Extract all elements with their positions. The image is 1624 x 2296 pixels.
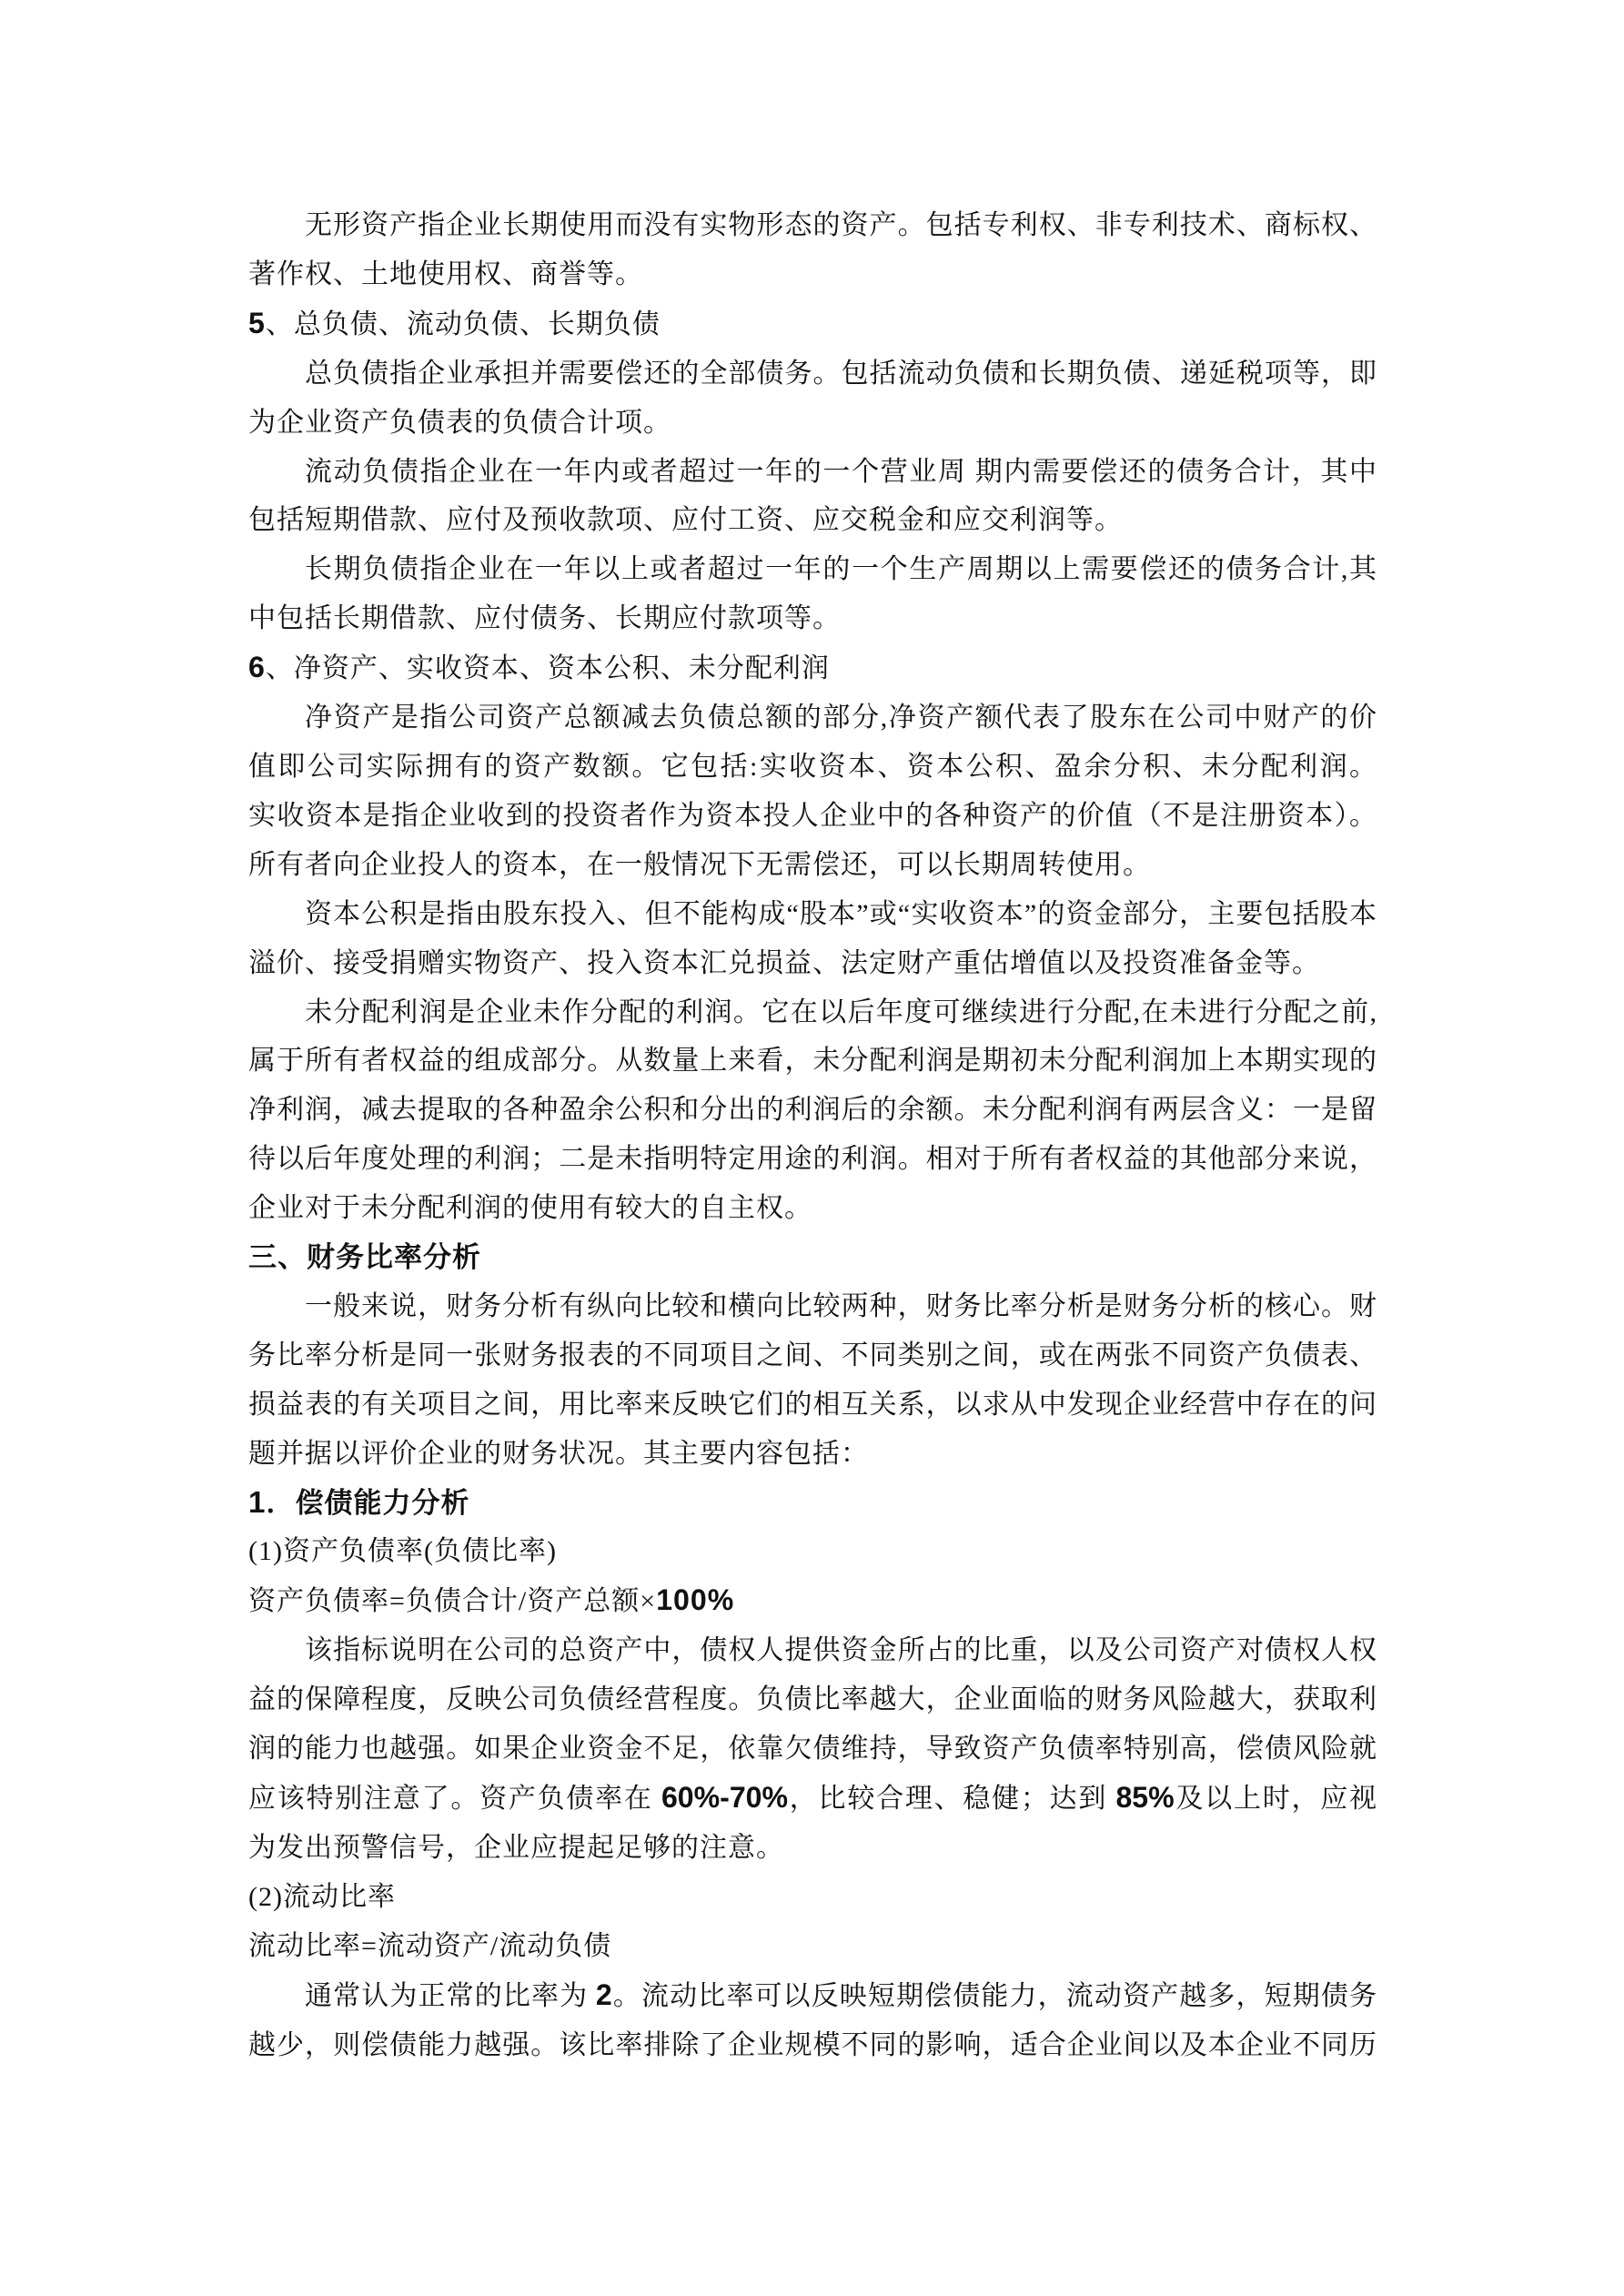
paragraph-line: 溢价、接受捐赠实物资产、投入资本汇兑损益、法定财产重估增值以及投资准备金等。 bbox=[248, 939, 1377, 988]
paragraph-line: 润的能力也越强。如果企业资金不足，依靠欠债维持，导致资产负债率特别高，偿债风险就 bbox=[248, 1725, 1377, 1774]
latin-number: 100% bbox=[656, 1583, 734, 1616]
document-page: 无形资产指企业长期使用而没有实物形态的资产。包括专利权、非专利技术、商标权、著作… bbox=[248, 201, 1377, 2069]
section-heading: 三、财务比率分析 bbox=[248, 1233, 1377, 1282]
paragraph-line: 所有者向企业投人的资本，在一般情况下无需偿还，可以长期周转使用。 bbox=[248, 841, 1377, 890]
paragraph-line: 资本公积是指由股东投入、但不能构成“股本”或“实收资本”的资金部分，主要包括股本 bbox=[248, 890, 1377, 939]
subsection-heading: (2)流动比率 bbox=[248, 1873, 1377, 1922]
paragraph-line: 净利润，减去提取的各种盈余公积和分出的利润后的余额。未分配利润有两层含义：一是留 bbox=[248, 1086, 1377, 1135]
paragraph-line: 企业对于未分配利润的使用有较大的自主权。 bbox=[248, 1184, 1377, 1233]
section-heading: 6、净资产、实收资本、资本公积、未分配利润 bbox=[248, 643, 1377, 693]
paragraph-line: 为发出预警信号，企业应提起足够的注意。 bbox=[248, 1824, 1377, 1873]
latin-number: 6 bbox=[248, 651, 266, 683]
paragraph-line: 无形资产指企业长期使用而没有实物形态的资产。包括专利权、非专利技术、商标权、 bbox=[248, 201, 1377, 250]
latin-number: 60%-70% bbox=[661, 1781, 788, 1814]
paragraph-line: 净资产是指公司资产总额减去负债总额的部分,净资产额代表了股东在公司中财产的价 bbox=[248, 693, 1377, 743]
latin-number: 5 bbox=[248, 307, 266, 339]
paragraph-line: 应该特别注意了。资产负债率在 60%-70%，比较合理、稳健；达到 85%及以上… bbox=[248, 1774, 1377, 1824]
paragraph-line: 包括短期借款、应付及预收款项、应付工资、应交税金和应交利润等。 bbox=[248, 496, 1377, 545]
paragraph-line: 属于所有者权益的组成部分。从数量上来看，未分配利润是期初未分配利润加上本期实现的 bbox=[248, 1037, 1377, 1086]
formula-line: 资产负债率=负债合计/资产总额×100% bbox=[248, 1576, 1377, 1626]
paragraph-line: 未分配利润是企业未作分配的利润。它在以后年度可继续进行分配,在未进行分配之前, bbox=[248, 988, 1377, 1037]
paragraph-line: 值即公司实际拥有的资产数额。它包括:实收资本、资本公积、盈余分积、未分配利润。 bbox=[248, 743, 1377, 792]
paragraph-line: 中包括长期借款、应付债务、长期应付款项等。 bbox=[248, 594, 1377, 643]
latin-number: 2 bbox=[596, 1978, 612, 2011]
paragraph-line: 总负债指企业承担并需要偿还的全部债务。包括流动负债和长期负债、递延税项等，即 bbox=[248, 349, 1377, 399]
subsection-heading: (1)资产负债率(负债比率) bbox=[248, 1527, 1377, 1576]
paragraph-line: 越少，则偿债能力越强。该比率排除了企业规模不同的影响，适合企业间以及本企业不同历 bbox=[248, 2021, 1377, 2070]
latin-number: 1 bbox=[248, 1486, 266, 1520]
paragraph-line: 务比率分析是同一张财务报表的不同项目之间、不同类别之间，或在两张不同资产负债表、 bbox=[248, 1331, 1377, 1381]
section-heading: 5、总负债、流动负债、长期负债 bbox=[248, 299, 1377, 349]
paragraph-line: 实收资本是指企业收到的投资者作为资本投人企业中的各种资产的价值（不是注册资本）。 bbox=[248, 792, 1377, 841]
paragraph-line: 损益表的有关项目之间，用比率来反映它们的相互关系，以求从中发现企业经营中存在的问 bbox=[248, 1381, 1377, 1430]
paragraph-line: 通常认为正常的比率为 2。流动比率可以反映短期偿债能力，流动资产越多，短期债务 bbox=[248, 1971, 1377, 2021]
formula-line: 流动比率=流动资产/流动负债 bbox=[248, 1922, 1377, 1971]
paragraph-line: 益的保障程度，反映公司负债经营程度。负债比率越大，企业面临的财务风险越大，获取利 bbox=[248, 1675, 1377, 1725]
paragraph-line: 为企业资产负债表的负债合计项。 bbox=[248, 399, 1377, 448]
paragraph-line: 一般来说，财务分析有纵向比较和横向比较两种，财务比率分析是财务分析的核心。财 bbox=[248, 1282, 1377, 1331]
section-heading: 1．偿债能力分析 bbox=[248, 1479, 1377, 1528]
paragraph-line: 流动负债指企业在一年内或者超过一年的一个营业周 期内需要偿还的债务合计，其中 bbox=[248, 448, 1377, 497]
paragraph-line: 长期负债指企业在一年以上或者超过一年的一个生产周期以上需要偿还的债务合计,其 bbox=[248, 545, 1377, 594]
paragraph-line: 著作权、土地使用权、商誉等。 bbox=[248, 250, 1377, 299]
paragraph-line: 题并据以评价企业的财务状况。其主要内容包括： bbox=[248, 1430, 1377, 1479]
latin-number: 85% bbox=[1115, 1781, 1174, 1814]
paragraph-line: 待以后年度处理的利润；二是未指明特定用途的利润。相对于所有者权益的其他部分来说， bbox=[248, 1135, 1377, 1184]
paragraph-line: 该指标说明在公司的总资产中，债权人提供资金所占的比重，以及公司资产对债权人权 bbox=[248, 1626, 1377, 1675]
